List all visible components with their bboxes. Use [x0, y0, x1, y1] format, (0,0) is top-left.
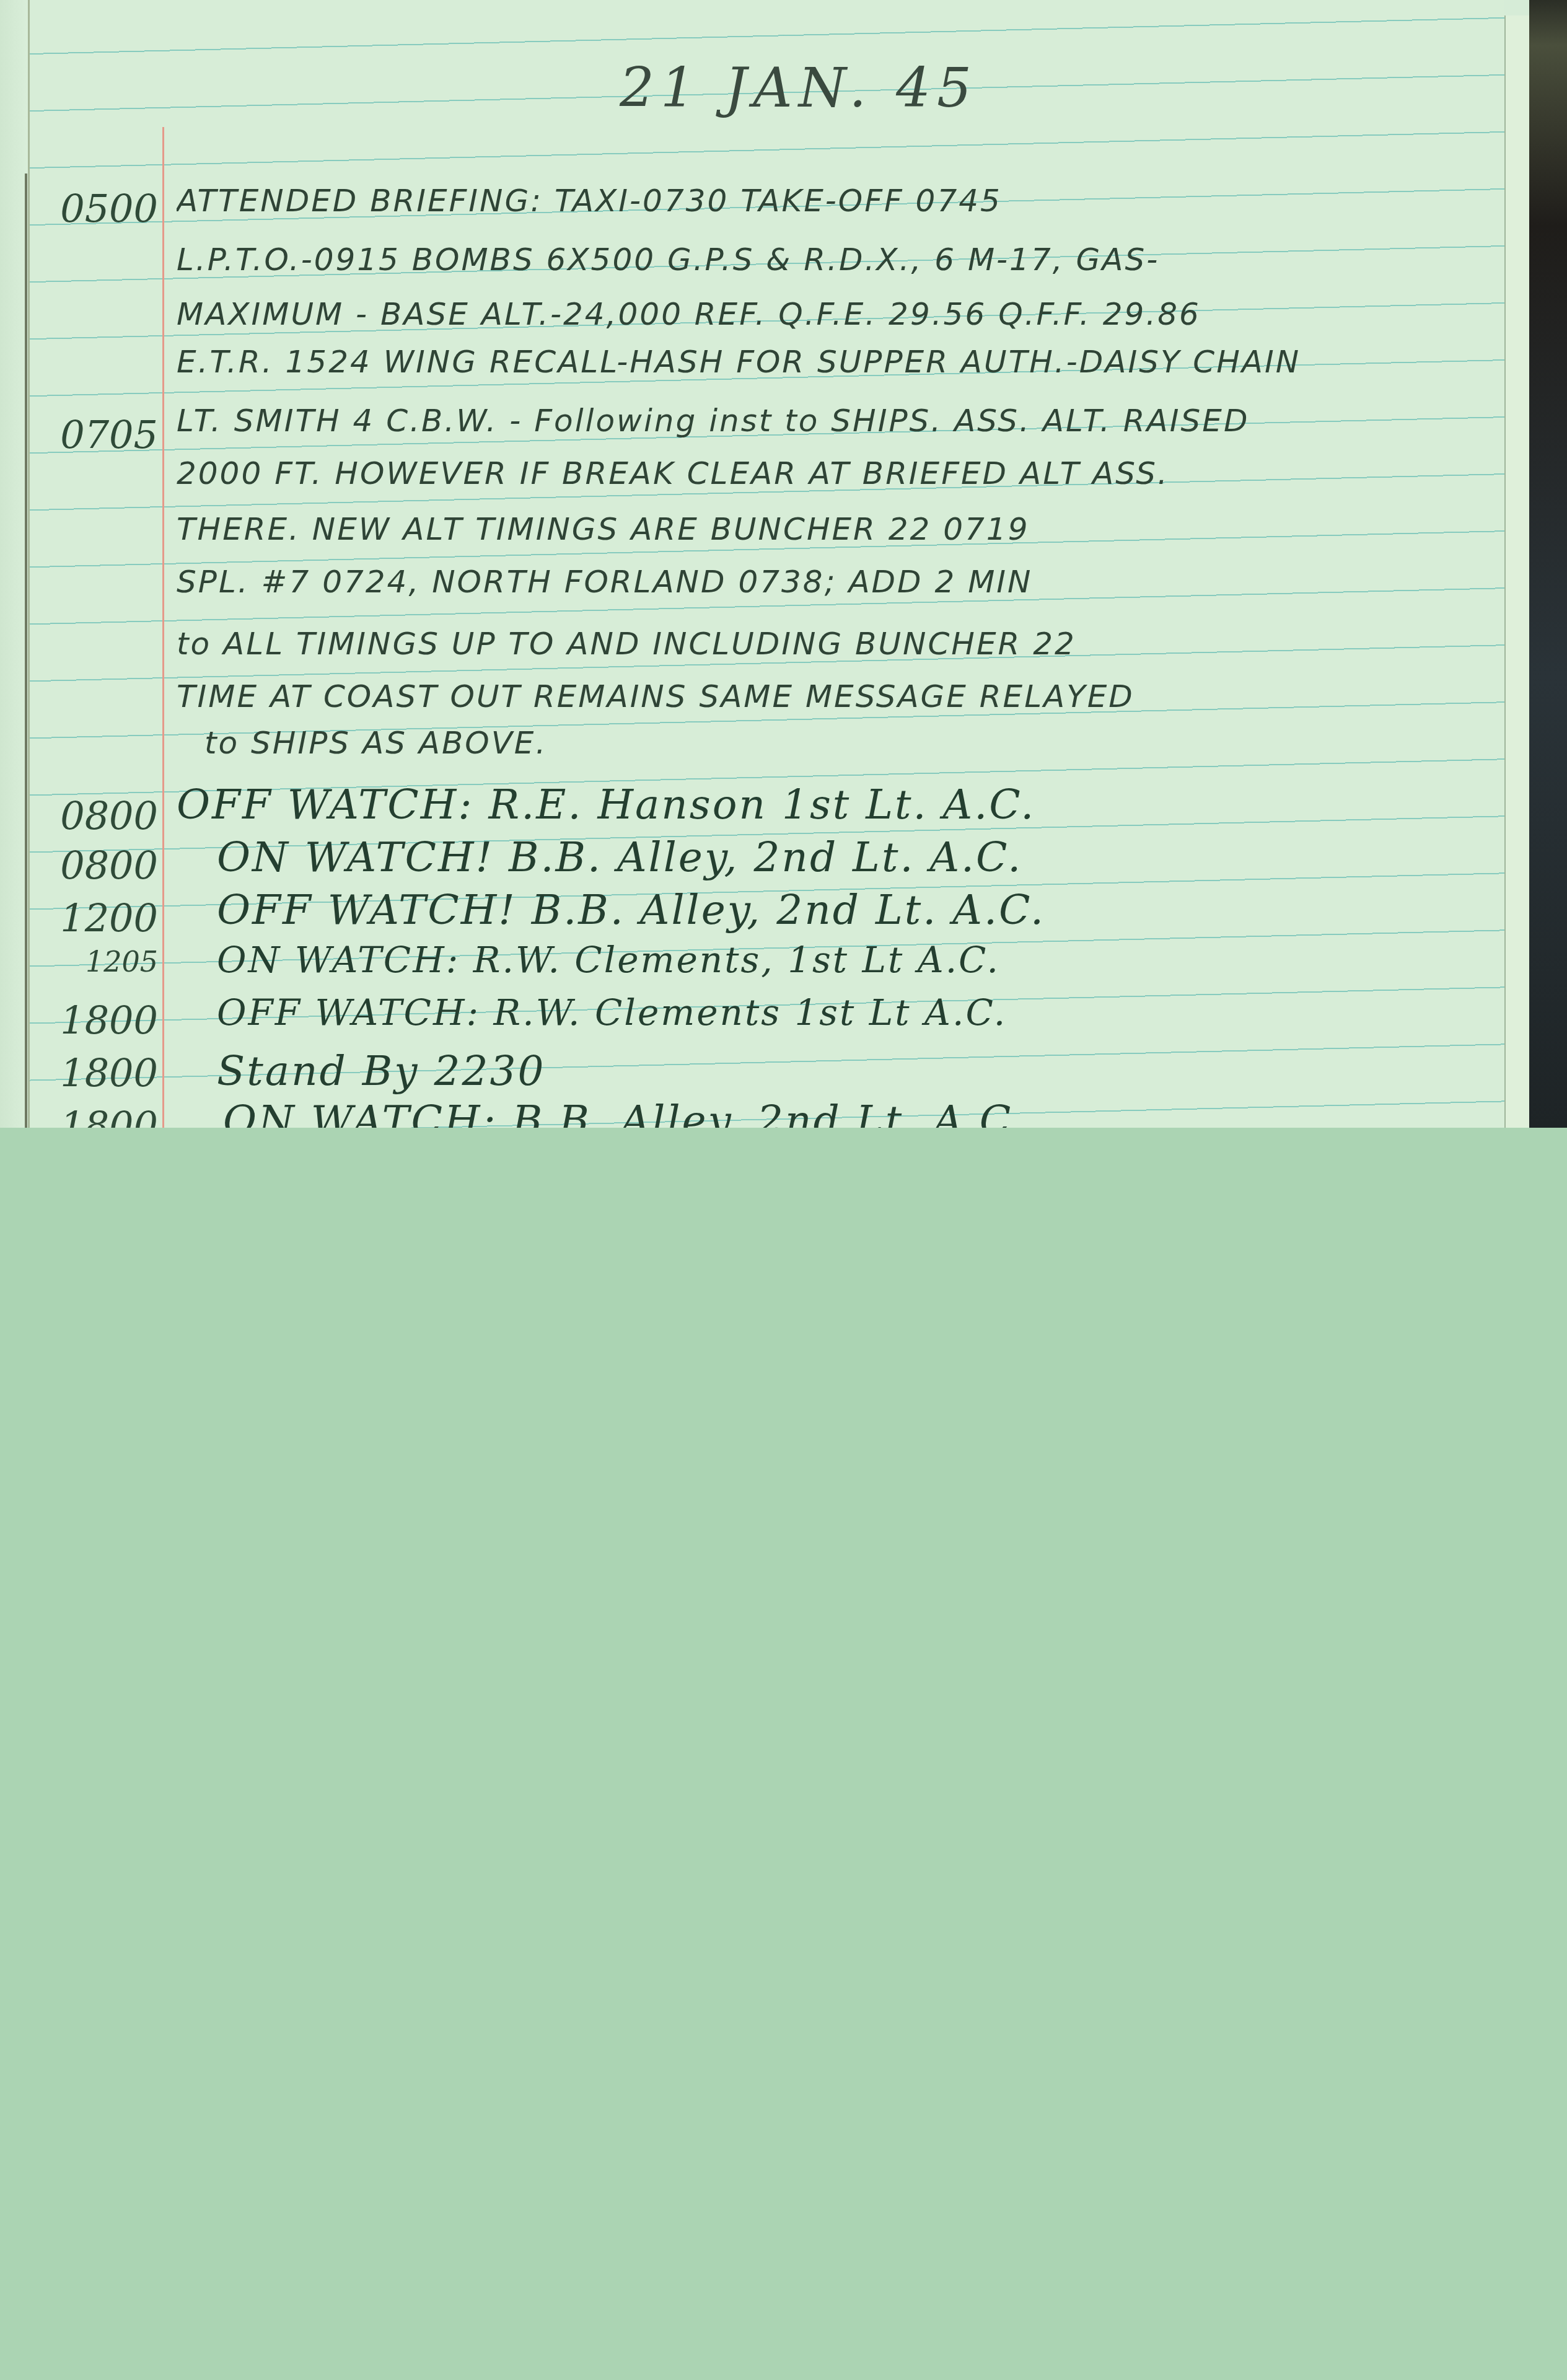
entry-time: 1800	[43, 1103, 158, 1128]
entry-time: 0500	[43, 186, 158, 231]
entry-line: E.T.R. 1524 WING RECALL-HASH FOR SUPPER …	[177, 344, 1503, 380]
entry-line: TIME AT COAST OUT REMAINS SAME MESSAGE R…	[177, 678, 1503, 714]
entry-line: 2000 FT. HOWEVER IF BREAK CLEAR AT BRIEF…	[177, 455, 1503, 491]
entry-line: LT. SMITH 4 C.B.W. - Following inst to S…	[177, 403, 1503, 439]
entry-line: Stand By 2230	[217, 1047, 1543, 1095]
entry-line: THERE. NEW ALT TIMINGS ARE BUNCHER 22 07…	[177, 511, 1503, 547]
entry-line: OFF WATCH: R.W. Clements 1st Lt A.C.	[217, 991, 1543, 1034]
entry-time: 1205	[43, 945, 158, 978]
entry-line: SPL. #7 0724, NORTH FORLAND 0738; ADD 2 …	[177, 564, 1503, 600]
entry-time: 0800	[43, 843, 158, 888]
entry-time: 0705	[43, 412, 158, 457]
entry-line: to ALL TIMINGS UP TO AND INCLUDING BUNCH…	[177, 626, 1503, 662]
entry-line: L.P.T.O.-0915 BOMBS 6X500 G.P.S & R.D.X.…	[177, 242, 1503, 278]
entry-line: OFF WATCH: R.E. Hanson 1st Lt. A.C.	[177, 781, 1503, 828]
entry-line: to SHIPS AS ABOVE.	[204, 725, 1530, 761]
entry-time: 1800	[43, 1050, 158, 1096]
entry-time: 1800	[43, 998, 158, 1043]
entry-line: ON WATCH: R.W. Clements, 1st Lt A.C.	[217, 939, 1543, 981]
entry-time: 1200	[43, 895, 158, 941]
red-margin-line	[162, 127, 164, 1128]
entry-line: ATTENDED BRIEFING: TAXI-0730 TAKE-OFF 07…	[177, 183, 1503, 219]
entry-line: MAXIMUM - BASE ALT.-24,000 REF. Q.F.E. 2…	[177, 296, 1503, 332]
entry-line: ON WATCH! B.B. Alley, 2nd Lt. A.C.	[217, 833, 1543, 881]
logbook-photo: 21 JAN. 45 0500 ATTENDED BRIEFING: TAXI-…	[0, 0, 1567, 1128]
entry-time: 0800	[43, 793, 158, 838]
date-header: 21 JAN. 45	[620, 56, 978, 120]
left-rule-line	[25, 173, 27, 1128]
entry-line: ON WATCH: B.B. Alley, 2nd Lt. A.C.	[223, 1097, 1549, 1128]
entry-line: OFF WATCH! B.B. Alley, 2nd Lt. A.C.	[217, 886, 1543, 934]
